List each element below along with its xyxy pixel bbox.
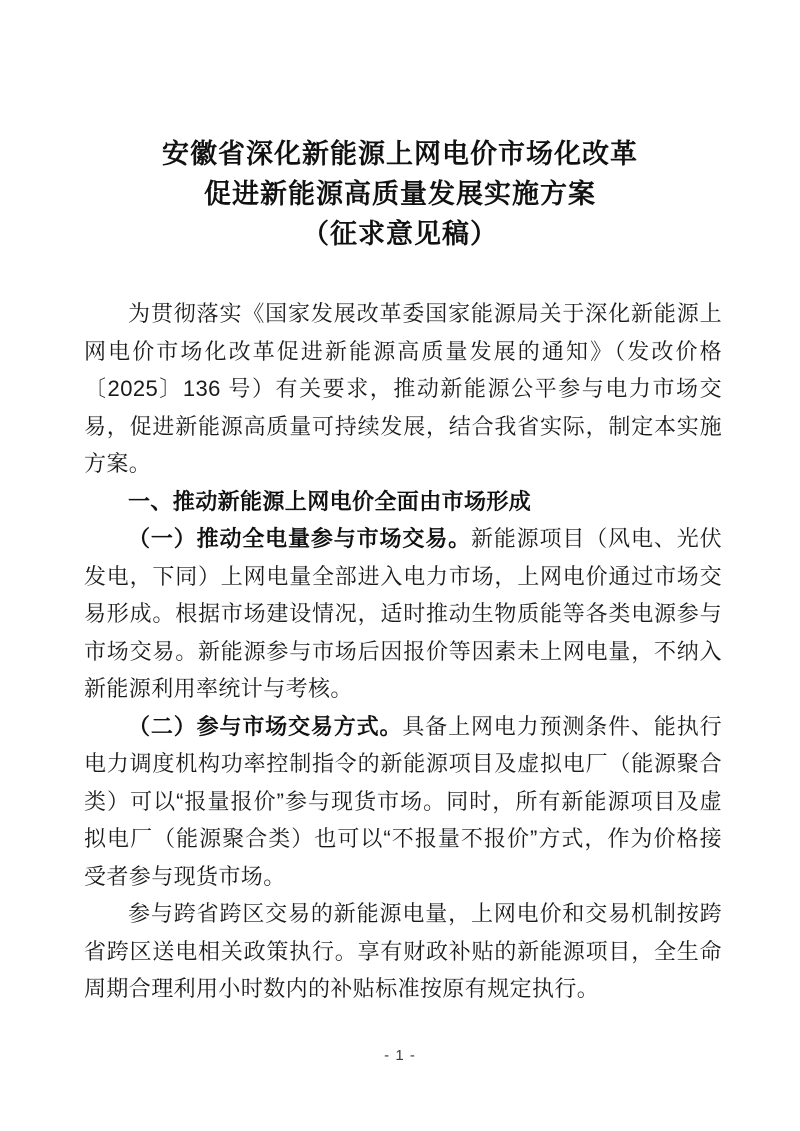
section-1-heading: 一、推动新能源上网电价全面由市场形成	[84, 483, 722, 521]
intro-paragraph: 为贯彻落实《国家发展改革委国家能源局关于深化新能源上网电价市场化改革促进新能源高…	[84, 295, 722, 483]
item-1-paragraph: （一）推动全电量参与市场交易。新能源项目（风电、光伏发电，下同）上网电量全部进入…	[84, 520, 722, 708]
item-1-lead: （一）推动全电量参与市场交易。	[128, 526, 471, 551]
item-2-lead: （二）参与市场交易方式。	[128, 714, 402, 739]
title-line-3: （征求意见稿）	[0, 214, 800, 254]
document-body: 为贯彻落实《国家发展改革委国家能源局关于深化新能源上网电价市场化改革促进新能源高…	[84, 295, 722, 1008]
title-line-2: 促进新能源高质量发展实施方案	[0, 174, 800, 214]
item-1-text: 新能源项目（风电、光伏发电，下同）上网电量全部进入电力市场，上网电价通过市场交易…	[84, 526, 722, 701]
page-number: - 1 -	[0, 1047, 800, 1064]
title-line-1: 安徽省深化新能源上网电价市场化改革	[0, 134, 800, 174]
document-page: 安徽省深化新能源上网电价市场化改革 促进新能源高质量发展实施方案 （征求意见稿）…	[0, 0, 800, 1131]
document-title: 安徽省深化新能源上网电价市场化改革 促进新能源高质量发展实施方案 （征求意见稿）	[0, 134, 800, 254]
item-2-paragraph: （二）参与市场交易方式。具备上网电力预测条件、能执行电力调度机构功率控制指令的新…	[84, 708, 722, 896]
item-2-extra-paragraph: 参与跨省跨区交易的新能源电量，上网电价和交易机制按跨省跨区送电相关政策执行。享有…	[84, 895, 722, 1008]
item-2-text: 具备上网电力预测条件、能执行电力调度机构功率控制指令的新能源项目及虚拟电厂（能源…	[84, 714, 722, 889]
